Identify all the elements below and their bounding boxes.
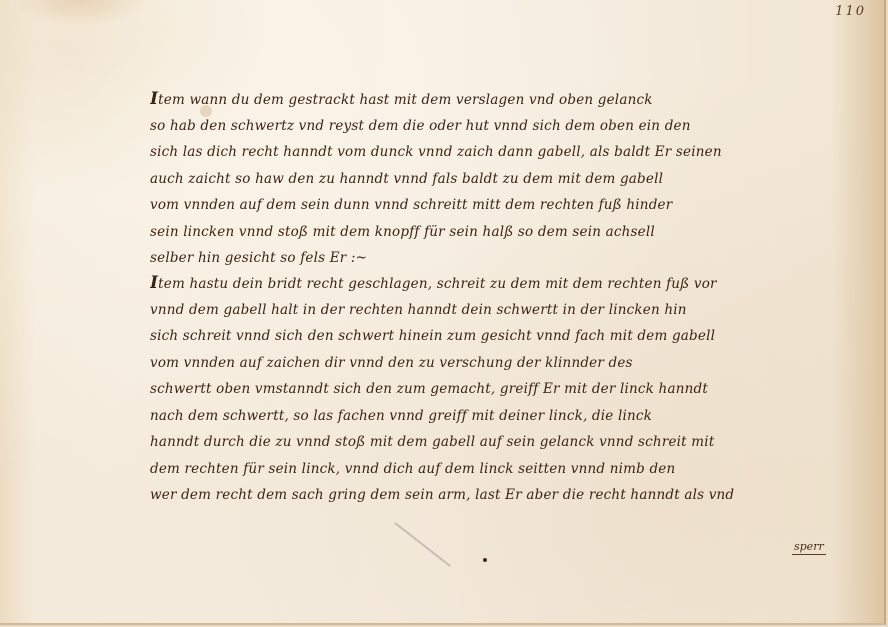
paragraph-1: Item wann du dem gestrackt hast mit dem … bbox=[150, 86, 850, 272]
text-line: Item hastu dein bridt recht geschlagen, … bbox=[150, 270, 850, 297]
text-line: schwertt oben vmstanndt sich den zum gem… bbox=[150, 376, 850, 403]
text-line: sein lincken vnnd stoß mit dem knopff fü… bbox=[150, 219, 850, 246]
ink-spot bbox=[483, 558, 487, 562]
text-line: vnnd dem gabell halt in der rechten hann… bbox=[150, 297, 850, 324]
text-line: vom vnnden auf zaichen dir vnnd den zu v… bbox=[150, 350, 850, 377]
text-line: so hab den schwertz vnd reyst dem die od… bbox=[150, 113, 850, 140]
text-line: hanndt durch die zu vnnd stoß mit dem ga… bbox=[150, 429, 850, 456]
text-line: Item wann du dem gestrackt hast mit dem … bbox=[150, 86, 850, 113]
text-line: sich las dich recht hanndt vom dunck vnn… bbox=[150, 139, 850, 166]
text-line: sich schreit vnnd sich den schwert hinei… bbox=[150, 323, 850, 350]
catchword: sperr bbox=[792, 540, 826, 555]
folio-number: 110 bbox=[835, 4, 866, 19]
water-stain bbox=[10, 0, 150, 26]
foxing-spot bbox=[200, 105, 212, 117]
manuscript-page: 110 Item wann du dem gestrackt hast mit … bbox=[0, 0, 886, 625]
paragraph-2: Item hastu dein bridt recht geschlagen, … bbox=[150, 270, 850, 509]
text-line: nach dem schwertt, so las fachen vnnd gr… bbox=[150, 403, 850, 430]
text-line: selber hin gesicht so fels Er :~ bbox=[150, 245, 850, 272]
text-line: vom vnnden auf dem sein dunn vnnd schrei… bbox=[150, 192, 850, 219]
text-line: wer dem recht dem sach gring dem sein ar… bbox=[150, 482, 850, 509]
paper-scratch bbox=[394, 522, 450, 567]
text-line: dem rechten für sein linck, vnnd dich au… bbox=[150, 456, 850, 483]
text-line: auch zaicht so haw den zu hanndt vnnd fa… bbox=[150, 166, 850, 193]
